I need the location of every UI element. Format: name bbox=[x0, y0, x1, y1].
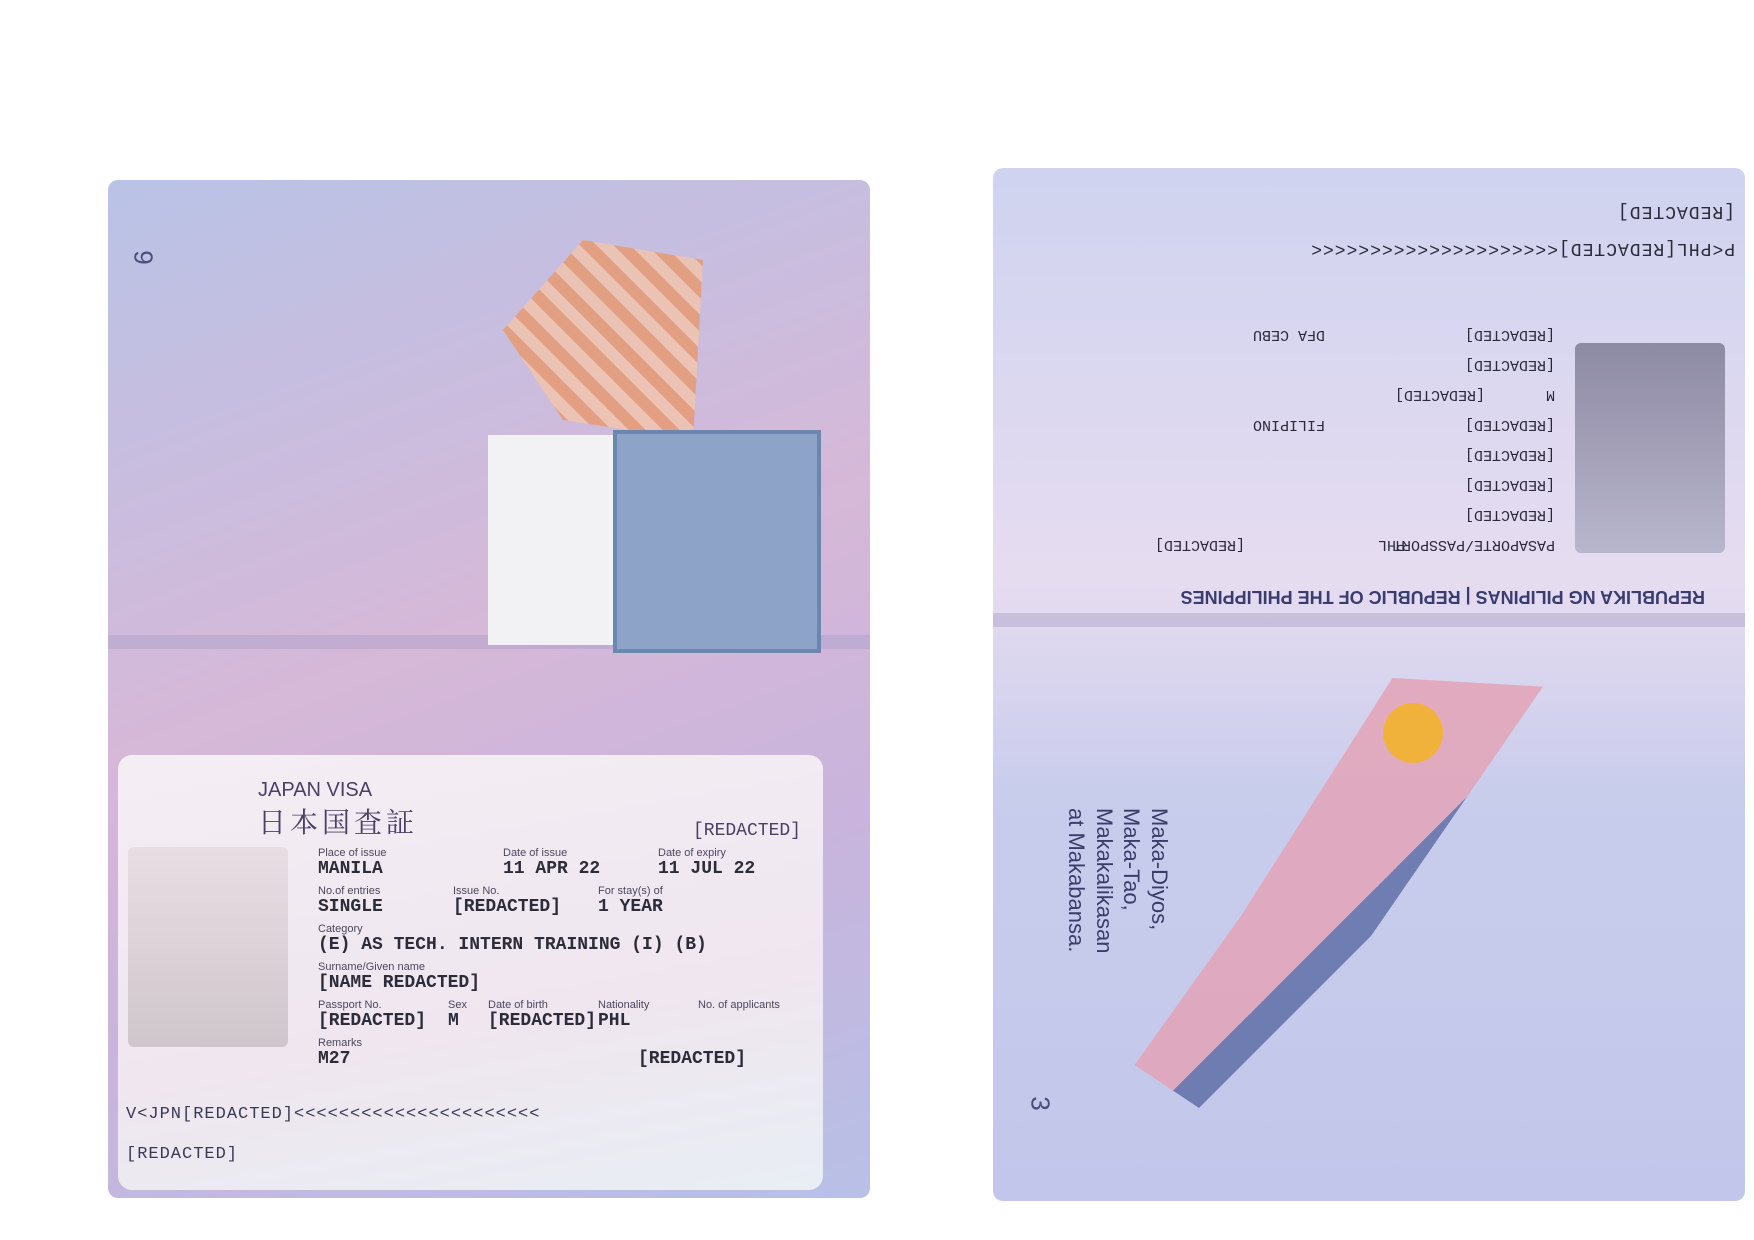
category: (E) AS TECH. INTERN TRAINING (I) (B) bbox=[318, 935, 707, 955]
nationality: FILIPINO bbox=[1253, 416, 1325, 433]
label: Place of issue bbox=[318, 847, 386, 859]
security-mosaic bbox=[503, 240, 703, 440]
country-code: PHL bbox=[1378, 536, 1405, 553]
surname: [REDACTED] bbox=[1465, 506, 1555, 523]
doc-type: PASAPORTE/PASSPORT bbox=[1393, 536, 1555, 553]
visa-number: [REDACTED] bbox=[693, 821, 801, 841]
entries: SINGLE bbox=[318, 897, 383, 917]
passport-data-page: REPUBLIKA NG PILIPINAS | REPUBLIC OF THE… bbox=[993, 168, 1745, 1201]
label: Remarks bbox=[318, 1037, 362, 1049]
mrz-line-2: [REDACTED] bbox=[126, 1145, 238, 1164]
sex: M bbox=[1546, 386, 1555, 403]
motto-line: Maka-Diyos, bbox=[1146, 808, 1174, 954]
passport-number: [REDACTED] bbox=[1155, 536, 1245, 553]
label: Sex bbox=[448, 999, 467, 1011]
given-names: [REDACTED] bbox=[1465, 476, 1555, 493]
label: Surname/Given name bbox=[318, 961, 425, 973]
visa-page: 9 JAPAN VISA 日本国査証 [REDACTED] Place of i… bbox=[108, 180, 870, 1198]
issuing-authority: DFA CEBU bbox=[1253, 326, 1325, 343]
barcode-sticker bbox=[488, 435, 613, 645]
holder-name: [NAME REDACTED] bbox=[318, 973, 480, 993]
motto-line: Maka-Tao, bbox=[1118, 808, 1146, 954]
date-of-issue: 11 APR 22 bbox=[503, 859, 600, 879]
label: For stay(s) of bbox=[598, 885, 663, 897]
label: Nationality bbox=[598, 999, 649, 1011]
page-number: 9 bbox=[128, 250, 159, 264]
motto-line: at Makabansa. bbox=[1063, 808, 1091, 954]
holder-photo bbox=[128, 847, 288, 1047]
sex: M bbox=[448, 1011, 459, 1031]
label: Date of issue bbox=[503, 847, 567, 859]
mrz-line-1: P<PHL[REDACTED]<<<<<<<<<<<<<<<<<<<<< bbox=[1310, 238, 1735, 258]
label: Category bbox=[318, 923, 363, 935]
passport-no: [REDACTED] bbox=[318, 1011, 426, 1031]
place-of-birth: [REDACTED] bbox=[1395, 386, 1485, 403]
national-motto: Maka-Diyos, Maka-Tao, Makakalikasan at M… bbox=[1063, 808, 1173, 954]
label: Passport No. bbox=[318, 999, 382, 1011]
place-of-issue: MANILA bbox=[318, 859, 383, 879]
label: Issue No. bbox=[453, 885, 499, 897]
mrz-line-2: [REDACTED] bbox=[1617, 201, 1735, 221]
label: Date of expiry bbox=[658, 847, 726, 859]
remarks: M27 bbox=[318, 1049, 350, 1069]
nationality: PHL bbox=[598, 1011, 630, 1031]
landing-permission-stamp bbox=[613, 430, 821, 653]
philippine-flag-illustration bbox=[1113, 678, 1543, 1108]
visa-kanji-title: 日本国査証 bbox=[258, 801, 418, 841]
middle-name: [REDACTED] bbox=[1465, 446, 1555, 463]
label: No.of entries bbox=[318, 885, 380, 897]
dob: [REDACTED] bbox=[488, 1011, 596, 1031]
date-of-issue: [REDACTED] bbox=[1465, 356, 1555, 373]
reference-number: [REDACTED] bbox=[638, 1049, 746, 1069]
mrz-line-1: V<JPN[REDACTED]<<<<<<<<<<<<<<<<<<<<<< bbox=[126, 1105, 540, 1124]
issue-no: [REDACTED] bbox=[453, 897, 561, 917]
passport-photo bbox=[1575, 343, 1725, 553]
motto-line: Makakalikasan bbox=[1091, 808, 1119, 954]
japan-visa-sticker: JAPAN VISA 日本国査証 [REDACTED] Place of iss… bbox=[118, 755, 823, 1190]
biodata-section-inverted: REPUBLIKA NG PILIPINAS | REPUBLIC OF THE… bbox=[993, 168, 1745, 613]
dob: [REDACTED] bbox=[1465, 416, 1555, 433]
page-fold bbox=[993, 613, 1745, 627]
sun-icon bbox=[1383, 703, 1443, 763]
date-of-expiry: [REDACTED] bbox=[1465, 326, 1555, 343]
label: Date of birth bbox=[488, 999, 548, 1011]
stay: 1 YEAR bbox=[598, 897, 663, 917]
passport-header: REPUBLIKA NG PILIPINAS | REPUBLIC OF THE… bbox=[1181, 586, 1705, 607]
visa-title: JAPAN VISA bbox=[258, 779, 372, 802]
label: No. of applicants bbox=[698, 999, 780, 1011]
page-number: 3 bbox=[1025, 1096, 1056, 1110]
date-of-expiry: 11 JUL 22 bbox=[658, 859, 755, 879]
